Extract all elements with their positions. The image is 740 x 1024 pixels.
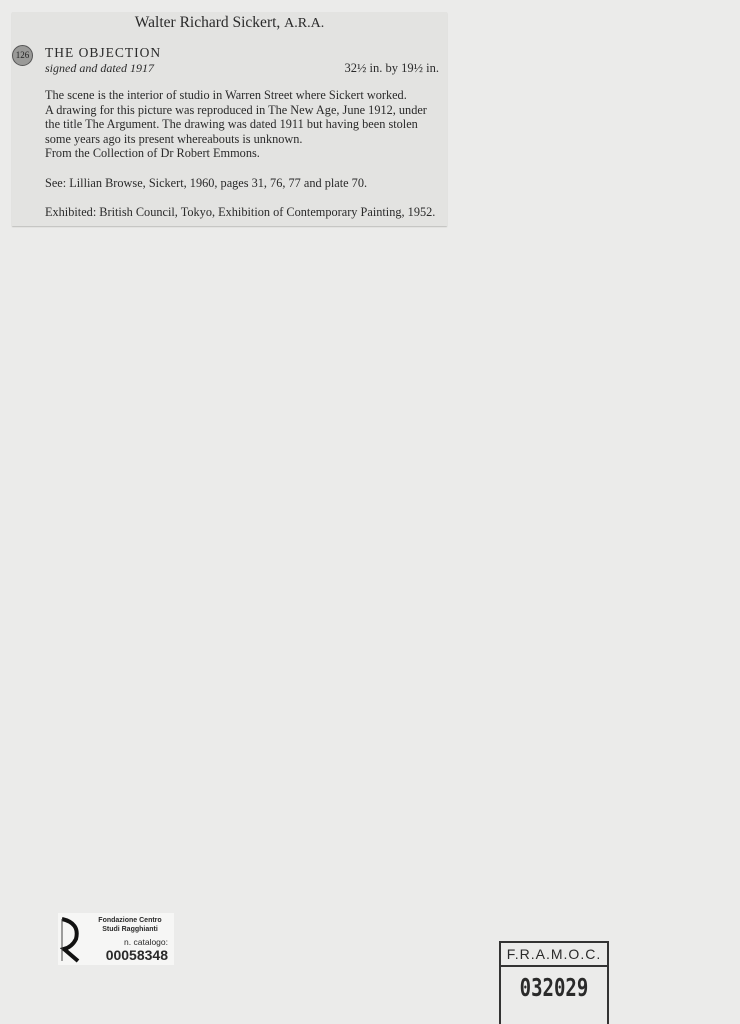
description-line: From the Collection of Dr Robert Emmons. (45, 146, 441, 161)
description-line: some years ago its present whereabouts i… (45, 132, 441, 147)
archive-label: Fondazione CentroStudi Ragghianti n. cat… (58, 913, 174, 965)
artwork-dimensions: 32½ in. by 19½ in. (345, 61, 439, 76)
see-reference: See: Lillian Browse, Sickert, 1960, page… (45, 176, 367, 191)
catalogue-number-badge: 126 (12, 45, 33, 66)
artwork-subtitle: signed and dated 1917 (45, 61, 154, 76)
description-line: A drawing for this picture was reproduce… (45, 103, 441, 118)
artist-name: Walter Richard Sickert, A.R.A. (12, 14, 447, 32)
stamp-code: 032029 (501, 974, 607, 1003)
catalog-label: n. catalogo: (124, 937, 168, 947)
description-line: the title The Argument. The drawing was … (45, 117, 441, 132)
exhibition-history: Exhibited: British Council, Tokyo, Exhib… (45, 205, 435, 220)
catalog-number: 00058348 (106, 947, 168, 963)
artwork-description: The scene is the interior of studio in W… (45, 88, 441, 161)
ragghianti-logo-icon (60, 917, 82, 963)
institution-name: Fondazione CentroStudi Ragghianti (88, 916, 172, 934)
description-line: The scene is the interior of studio in W… (45, 88, 441, 103)
stamp-header: F.R.A.M.O.C. (501, 943, 607, 967)
framoc-stamp: F.R.A.M.O.C. 032029 (499, 941, 609, 1024)
artwork-title: THE OBJECTION (45, 45, 161, 61)
catalogue-clipping: Walter Richard Sickert, A.R.A. 126 THE O… (12, 12, 447, 226)
